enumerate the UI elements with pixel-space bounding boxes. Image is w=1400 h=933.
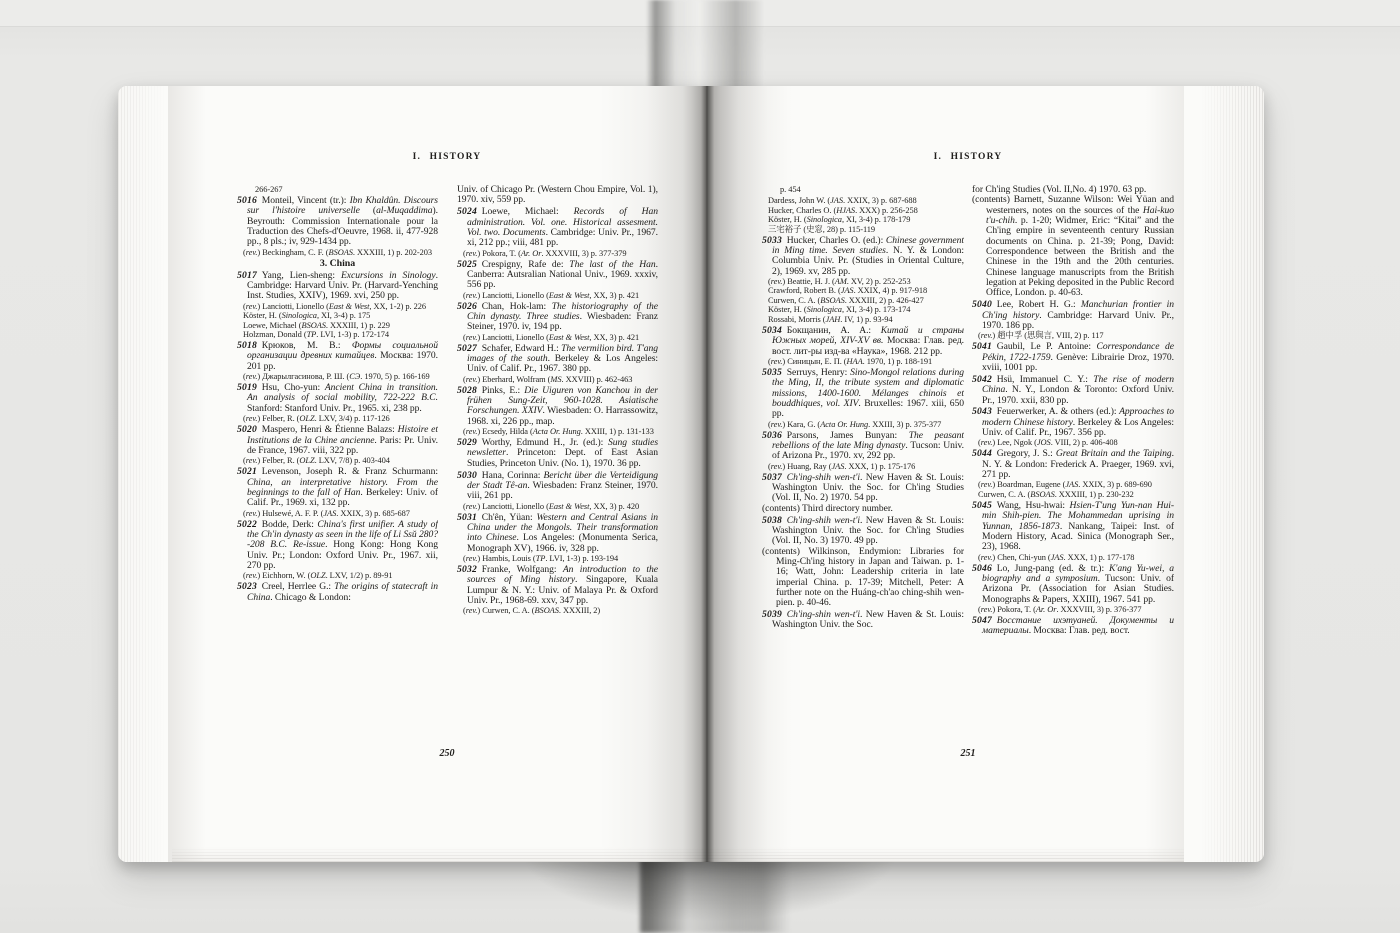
entry-number: 5027 (457, 343, 477, 354)
page-stack-edge-right (1184, 86, 1264, 862)
entry-number: 5019 (237, 382, 257, 393)
review-line: Crawford, Robert B. (JAS. XXIX, 4) p. 91… (762, 286, 964, 296)
entry-number: 5022 (237, 519, 257, 530)
page-number-left: 250 (237, 748, 657, 759)
review-line: 三宅裕子 (史窓, 28) p. 115-119 (762, 225, 964, 235)
entry-number: 5016 (237, 195, 257, 206)
review-line: (rev.) Beattie, H. J. (AM. XV, 2) p. 252… (762, 277, 964, 287)
review-line: (rev.) Eberhard, Wolfram (MS. XXVIII) p.… (457, 375, 658, 385)
review-line: (rev.) Lanciotti, Lionello (East & West,… (457, 291, 658, 301)
entry-number: 5031 (457, 512, 477, 523)
review-line: (rev.) Boardman, Eugene (JAS. XXIX, 3) p… (972, 480, 1174, 490)
bib-entry: 5018 Крюков, М. В.: Формы социальной орг… (237, 341, 438, 372)
review-line: Köster, H. (Sinologica, XI, 3-4) p. 173-… (762, 305, 964, 315)
review-line: 266-267 (237, 185, 438, 195)
running-header-right: I. HISTORY (762, 152, 1174, 162)
bib-entry: 5042 Hsü, Immanuel C. Y.: The rise of mo… (972, 375, 1174, 406)
bib-entry: 5034 Бокщанин, А. А.: Китай и страны Южн… (762, 326, 964, 357)
review-list: (rev.) Pokora, T. (Ar. Or. XXXVIII, 3) p… (457, 249, 658, 259)
review-list: (rev.) Lanciotti, Lionello (East & West,… (457, 291, 658, 301)
bib-entry: 5030 Hana, Corinna: Bericht über die Ver… (457, 471, 658, 502)
bib-entry: 5041 Gaubil, Le P. Antoine: Correspondan… (972, 342, 1174, 373)
review-line: Holzman, Donald (TP. LVI, 1-3) p. 172-17… (237, 330, 438, 340)
review-line: (rev.) Chen, Chi-yun (JAS. XXX, 1) p. 17… (972, 553, 1174, 563)
entry-number: 5043 (972, 406, 992, 417)
bib-entry: 5028 Pinks, E.: Die Uiguren von Kanchou … (457, 386, 658, 427)
review-list: (rev.) Eichhorn, W. (OLZ. LXV, 1/2) p. 8… (237, 571, 438, 581)
book-stand-strap-bottom (640, 858, 790, 933)
bib-entry: 5044 Gregory, J. S.: Great Britain and t… (972, 449, 1174, 480)
review-line: (rev.) Hulsewé, A. F. P. (JAS. XXIX, 3) … (237, 509, 438, 519)
entry-number: 5044 (972, 448, 992, 459)
review-line: (rev.) Eichhorn, W. (OLZ. LXV, 1/2) p. 8… (237, 571, 438, 581)
review-line: (rev.) Pokora, T. (Ar. Or. XXXVIII, 3) p… (972, 605, 1174, 615)
page-stack-edge-left (118, 86, 172, 862)
review-line: (rev.) Lee, Ngok (JOS. VIII, 2) p. 406-4… (972, 438, 1174, 448)
review-line: (rev.) 趙中孚 (思與言, VIII, 2) p. 117 (972, 331, 1174, 341)
continuation-review: p. 454 (762, 185, 964, 195)
bib-entry: 5046 Lo, Jung-pang (ed. & tr.): K'ang Yu… (972, 564, 1174, 605)
bib-entry: 5016 Monteil, Vincent (tr.): Ibn Khaldûn… (237, 196, 438, 248)
book-photo-scene: I. HISTORY I. HISTORY 266-2675016 Montei… (0, 0, 1400, 933)
review-line: (rev.) Lanciotti, Lionello (East & West,… (457, 502, 658, 512)
bib-entry: 5020 Maspero, Henri & Étienne Balazs: Hi… (237, 425, 438, 456)
review-list: (rev.) Hambis, Louis (TP. LVI, 1-3) p. 1… (457, 554, 658, 564)
review-line: (rev.) Kara, G. (Acta Or. Hung. XXIII, 3… (762, 420, 964, 430)
review-line: Köster, H. (Sinologica, XI, 3-4) p. 175 (237, 311, 438, 321)
review-list: (rev.) Felber, R. (OLZ. LXV, 3/4) p. 117… (237, 414, 438, 424)
review-list: (rev.) Kara, G. (Acta Or. Hung. XXIII, 3… (762, 420, 964, 430)
text-column-left-1: 266-2675016 Monteil, Vincent (tr.): Ibn … (237, 185, 438, 769)
review-list: (rev.) Lee, Ngok (JOS. VIII, 2) p. 406-4… (972, 438, 1174, 448)
review-list: (rev.) Beckingham, C. F. (BSOAS. XXXIII,… (237, 248, 438, 258)
review-line: (rev.) Huang, Ray (JAS. XXX, 1) p. 175-1… (762, 462, 964, 472)
review-line: Curwen, C. A. (BSOAS. XXXIII, 2) p. 426-… (762, 296, 964, 306)
bib-entry: 5022 Bodde, Derk: China's first unifier.… (237, 520, 438, 572)
review-list: (rev.) Curwen, C. A. (BSOAS. XXXIII, 2) (457, 606, 658, 616)
entry-number: 5030 (457, 470, 477, 481)
review-list: (rev.) Lanciotti, Lionello (East & West,… (457, 333, 658, 343)
entry-number: 5046 (972, 563, 992, 574)
review-list: (rev.) Pokora, T. (Ar. Or. XXXVIII, 3) p… (972, 605, 1174, 615)
bib-entry: 5047 Восстание ихэтуаней. Документы и ма… (972, 616, 1174, 637)
section-heading: 3. China (237, 259, 438, 269)
review-list: (rev.) 趙中孚 (思與言, VIII, 2) p. 117 (972, 331, 1174, 341)
review-list: (rev.) Hulsewé, A. F. P. (JAS. XXIX, 3) … (237, 509, 438, 519)
bib-entry: 5021 Levenson, Joseph R. & Franz Schurma… (237, 467, 438, 508)
entry-number: 5021 (237, 466, 257, 477)
review-line: (rev.) Lanciotti, Lionello (East & West,… (457, 333, 658, 343)
bib-entry: 5039 Ch'ing-shin wen-t'i. New Haven & St… (762, 610, 964, 631)
review-line: (rev.) Felber, R. (OLZ. LXV, 7/8) p. 403… (237, 456, 438, 466)
running-header-left: I. HISTORY (237, 152, 657, 162)
review-list: (rev.) Huang, Ray (JAS. XXX, 1) p. 175-1… (762, 462, 964, 472)
bib-entry: 5040 Lee, Robert H. G.: Manchurian front… (972, 300, 1174, 331)
review-line: (rev.) Hambis, Louis (TP. LVI, 1-3) p. 1… (457, 554, 658, 564)
review-line: Loewe, Michael (BSOAS. XXXIII, 1) p. 229 (237, 321, 438, 331)
bib-entry: 5038 Ch'ing-shih wen-t'i. New Haven & St… (762, 516, 964, 547)
entry-number: 5020 (237, 424, 257, 435)
entry-number: 5029 (457, 437, 477, 448)
entry-number: 5028 (457, 385, 477, 396)
review-list: (rev.) Chen, Chi-yun (JAS. XXX, 1) p. 17… (972, 553, 1174, 563)
entry-number: 5026 (457, 301, 477, 312)
bib-entry: 5031 Ch'ên, Yüan: Western and Central As… (457, 513, 658, 554)
review-line: Hucker, Charles O. (HJAS. XXX) p. 256-25… (762, 206, 964, 216)
bib-entry: 5043 Feuerwerker, A. & others (ed.): App… (972, 407, 1174, 438)
entry-number: 5041 (972, 341, 992, 352)
review-line: Köster, H. (Sinologica, XI, 3-4) p. 178-… (762, 215, 964, 225)
review-line: Rossabi, Morris (JAH. IV, 1) p. 93-94 (762, 315, 964, 325)
bib-entry: 5023 Creel, Herrlee G.: The origins of s… (237, 582, 438, 603)
bib-entry: 5026 Chan, Hok-lam: The historiography o… (457, 302, 658, 333)
entry-number: 5047 (972, 615, 992, 626)
bib-entry: 5035 Serruys, Henry: Sino-Mongol relatio… (762, 368, 964, 420)
review-line: p. 454 (762, 185, 964, 195)
bib-entry: 5036 Parsons, James Bunyan: The peasant … (762, 431, 964, 462)
entry-number: 5023 (237, 581, 257, 592)
contents-note: (contents) Wilkinson, Endymion: Librarie… (762, 547, 964, 609)
review-line: (rev.) Синицын, Е. П. (HAA. 1970, 1) p. … (762, 357, 964, 367)
bib-entry: 5037 Ch'ing-shih wen-t'i. New Haven & St… (762, 473, 964, 504)
entry-number: 5024 (457, 206, 477, 217)
continuation-review: 266-267 (237, 185, 438, 195)
review-list: (rev.) Felber, R. (OLZ. LXV, 7/8) p. 403… (237, 456, 438, 466)
review-line: (rev.) Beckingham, C. F. (BSOAS. XXXIII,… (237, 248, 438, 258)
contents-note: (contents) Barnett, Suzanne Wilson: Wei … (972, 195, 1174, 298)
review-list: (rev.) Eberhard, Wolfram (MS. XXVIII) p.… (457, 375, 658, 385)
review-list: (rev.) Синицын, Е. П. (HAA. 1970, 1) p. … (762, 357, 964, 367)
bib-entry: 5045 Wang, Hsu-hwai: Hsien-T'ung Yun-nan… (972, 501, 1174, 553)
bib-entry: 5029 Worthy, Edmund H., Jr. (ed.): Sung … (457, 438, 658, 469)
bib-entry: 5025 Crespigny, Rafe de: The last of the… (457, 260, 658, 291)
review-list: (rev.) Boardman, Eugene (JAS. XXIX, 3) p… (972, 480, 1174, 499)
review-list: (rev.) Ecsedy, Hilda (Acta Or. Hung. XXI… (457, 427, 658, 437)
bib-entry: 5017 Yang, Lien-sheng: Excursions in Sin… (237, 271, 438, 302)
review-line: (rev.) Джарылгасинова, Р. Ш. (СЭ. 1970, … (237, 372, 438, 382)
bib-entry: 5024 Loewe, Michael: Records of Han admi… (457, 207, 658, 248)
bib-entry: 5019 Hsu, Cho-yun: Ancient China in tran… (237, 383, 438, 414)
text-column-right-1: p. 454Dardess, John W. (JAS. XXIX, 3) p.… (762, 185, 964, 769)
review-line: (rev.) Ecsedy, Hilda (Acta Or. Hung. XXI… (457, 427, 658, 437)
entry-number: 5040 (972, 299, 992, 310)
continuation-text: Univ. of Chicago Pr. (Western Chou Empir… (457, 185, 658, 206)
text-column-right-2: for Ch'ing Studies (Vol. II,No. 4) 1970.… (972, 185, 1174, 769)
review-line: (rev.) Lanciotti, Lionello (East & West,… (237, 302, 438, 312)
open-book: I. HISTORY I. HISTORY 266-2675016 Montei… (118, 86, 1264, 862)
review-list: (rev.) Джарылгасинова, Р. Ш. (СЭ. 1970, … (237, 372, 438, 382)
entry-number: 5032 (457, 564, 477, 575)
entry-number: 5025 (457, 259, 477, 270)
book-stand-strap-top (646, 0, 764, 90)
bib-entry: 5032 Franke, Wolfgang: An introduction t… (457, 565, 658, 606)
review-line: (rev.) Curwen, C. A. (BSOAS. XXXIII, 2) (457, 606, 658, 616)
review-list: Dardess, John W. (JAS. XXIX, 3) p. 687-6… (762, 196, 964, 234)
text-column-left-2: Univ. of Chicago Pr. (Western Chou Empir… (457, 185, 658, 769)
bib-entry: 5027 Schafer, Edward H.: The vermilion b… (457, 344, 658, 375)
review-line: (rev.) Felber, R. (OLZ. LXV, 3/4) p. 117… (237, 414, 438, 424)
bib-entry: 5033 Hucker, Charles O. (ed.): Chinese g… (762, 236, 964, 277)
review-list: (rev.) Beattie, H. J. (AM. XV, 2) p. 252… (762, 277, 964, 325)
review-list: (rev.) Lanciotti, Lionello (East & West,… (237, 302, 438, 340)
page-number-right: 251 (762, 748, 1174, 759)
entry-number: 5042 (972, 374, 992, 385)
entry-number: 5018 (237, 340, 257, 351)
entry-number: 5017 (237, 270, 257, 281)
book-gutter-shadow (646, 86, 768, 862)
contents-note: (contents) Third directory number. (762, 504, 964, 514)
review-line: (rev.) Pokora, T. (Ar. Or. XXXVIII, 3) p… (457, 249, 658, 259)
review-line: Dardess, John W. (JAS. XXIX, 3) p. 687-6… (762, 196, 964, 206)
entry-number: 5045 (972, 500, 992, 511)
review-line: Curwen, C. A. (BSOAS. XXXIII, 1) p. 230-… (972, 490, 1174, 500)
review-list: (rev.) Lanciotti, Lionello (East & West,… (457, 502, 658, 512)
